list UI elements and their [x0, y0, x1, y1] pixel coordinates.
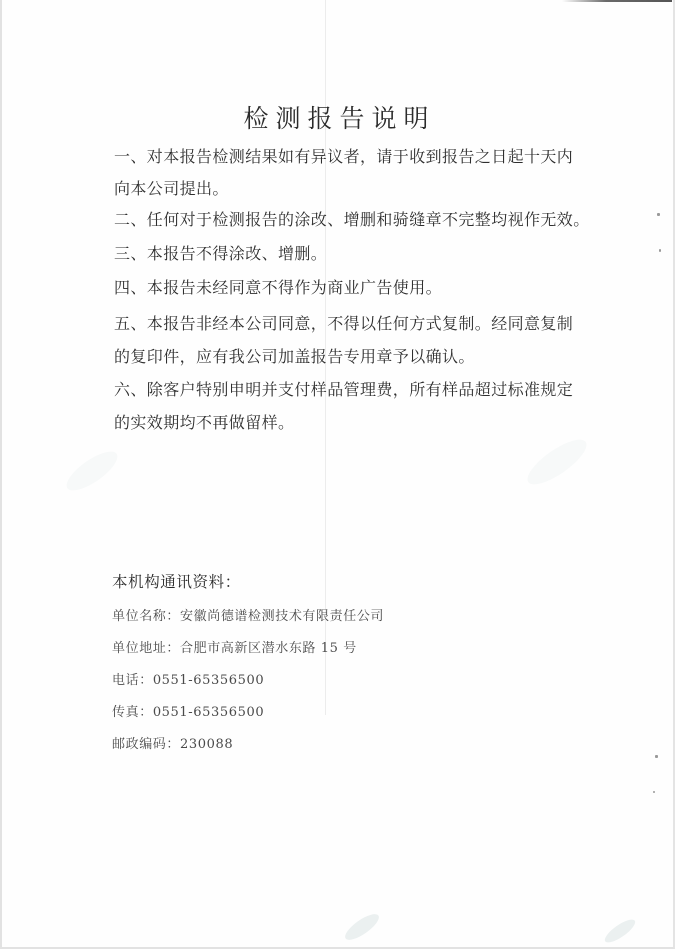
clause-4: 四、本报告未经同意不得作为商业广告使用。 — [114, 275, 442, 298]
contact-value: 合肥市高新区潜水东路 15 号 — [180, 641, 357, 656]
contact-fax: 传真：0551-65356500 — [112, 701, 264, 720]
clause-1-line-2: 向本公司提出。 — [114, 176, 229, 199]
clause-2: 二、任何对于检测报告的涂改、增删和骑缝章不完整均视作无效。 — [114, 207, 590, 230]
scanned-document-page: 检测报告说明 一、对本报告检测结果如有异议者，请于收到报告之日起十天内 向本公司… — [0, 0, 675, 949]
contact-label: 传真： — [112, 705, 153, 720]
scan-speck — [657, 213, 660, 216]
clause-6-line-1: 六、除客户特别申明并支付样品管理费，所有样品超过标准规定 — [114, 377, 573, 400]
contact-address: 单位地址：合肥市高新区潜水东路 15 号 — [112, 637, 357, 656]
clause-5-line-2: 的复印件，应有我公司加盖报告专用章予以确认。 — [114, 344, 475, 367]
contact-value: 安徽尚德谱检测技术有限责任公司 — [180, 609, 384, 624]
contact-value: 230088 — [180, 737, 233, 752]
scan-smudge — [61, 445, 123, 497]
clause-5-line-1: 五、本报告非经本公司同意，不得以任何方式复制。经同意复制 — [114, 311, 573, 334]
contact-value: 0551-65356500 — [153, 705, 264, 720]
scan-speck — [653, 791, 655, 793]
scan-smudge — [342, 910, 383, 944]
contact-heading: 本机构通讯资料： — [112, 570, 241, 592]
clause-6-line-2: 的实效期均不再做留样。 — [114, 410, 294, 433]
contact-company-name: 单位名称：安徽尚德谱检测技术有限责任公司 — [112, 605, 384, 624]
contact-label: 邮政编码： — [112, 737, 180, 752]
contact-label: 单位地址： — [112, 641, 180, 656]
clause-3: 三、本报告不得涂改、增删。 — [114, 241, 327, 264]
scan-smudge — [521, 432, 592, 492]
scan-speck — [659, 249, 661, 252]
contact-value: 0551-65356500 — [153, 673, 264, 688]
scan-speck — [655, 755, 658, 758]
contact-label: 单位名称： — [112, 609, 180, 624]
contact-label: 电话： — [112, 673, 153, 688]
contact-phone: 电话：0551-65356500 — [112, 669, 264, 688]
scan-smudge — [602, 916, 638, 946]
clause-1-line-1: 一、对本报告检测结果如有异议者，请于收到报告之日起十天内 — [114, 144, 573, 167]
contact-postal-code: 邮政编码：230088 — [112, 733, 233, 752]
scan-edge-shadow — [562, 0, 672, 2]
document-title: 检测报告说明 — [2, 99, 675, 135]
